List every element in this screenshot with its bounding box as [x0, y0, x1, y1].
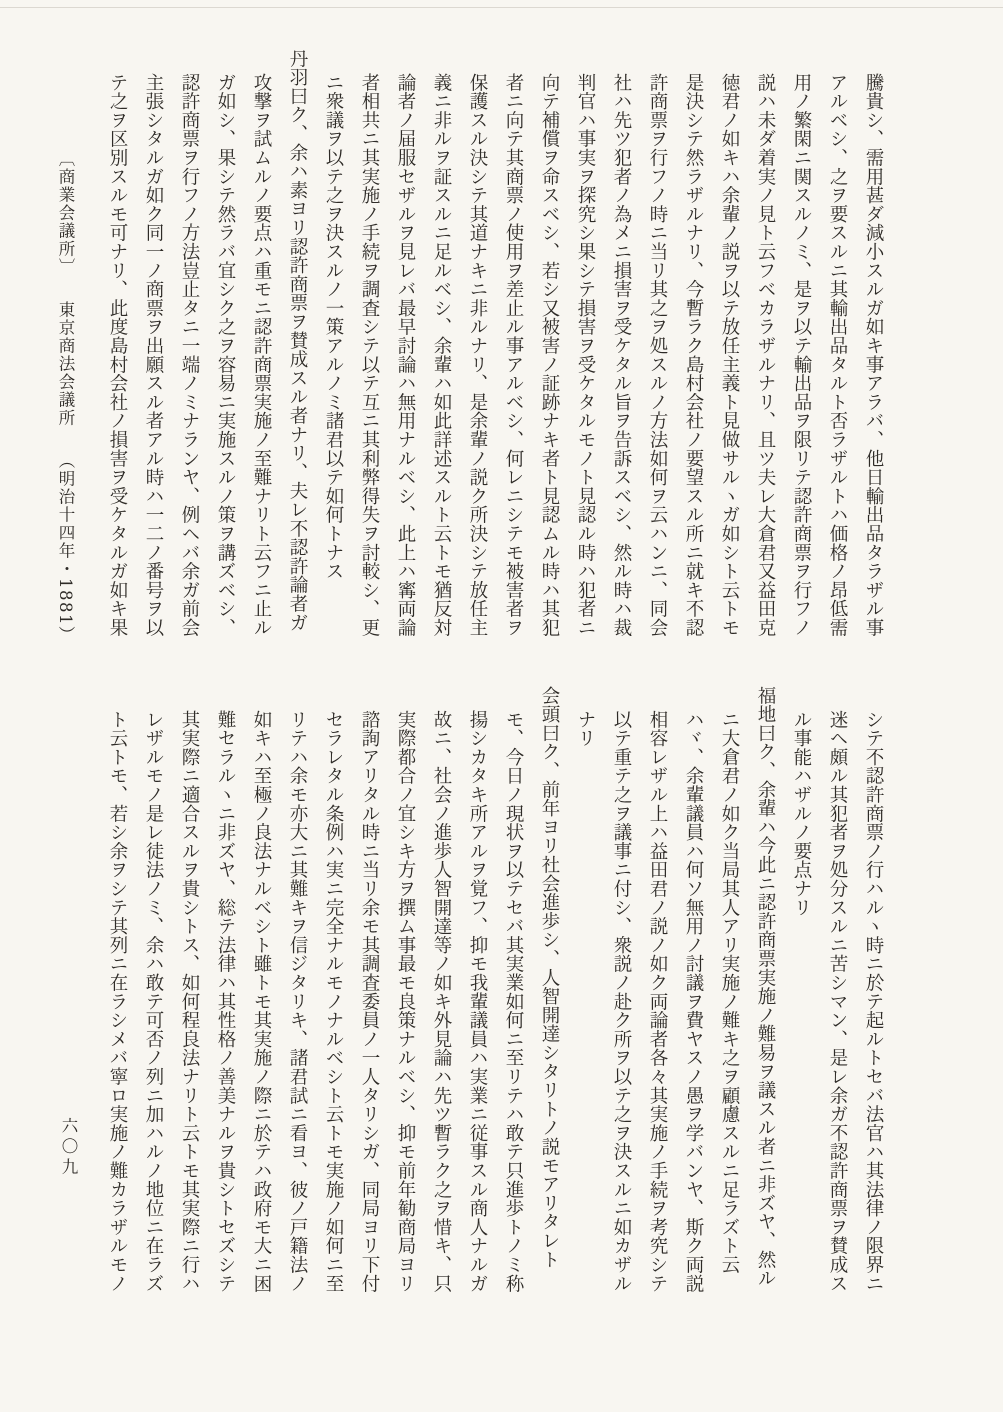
caption-date-label: （明治十四年・1881） — [56, 452, 75, 644]
caption-series-label: 〔商業会議所〕 — [56, 150, 75, 276]
paragraph-niwa-speech: 丹羽曰ク、余ハ素ヨリ認許商票ヲ賛成スル者ナリ、夫レ不認許論者ガ攻撃ヲ試ムルノ要点… — [99, 73, 315, 637]
page-top-edge-line — [0, 7, 1003, 8]
upper-text-block: 騰貴シ、需用甚ダ減小スルガ如キ事アラバ、他日輸出品タラザル事アルベシ、之ヲ要スル… — [87, 49, 891, 637]
paragraph-continuation-lower: シテ不認許商票ノ行ハルヽ時ニ於テ起ルトセバ法官ハ其法律ノ限界ニ迷ヘ頗ル其犯者ヲ処… — [783, 710, 891, 1295]
source-caption: 〔商業会議所〕 東京商法会議所 （明治十四年・1881） — [52, 150, 79, 644]
paragraph-kaito-speech: 会頭曰ク、前年ヨリ社会進歩シ、人智開達シタリトノ説モアリタレトモ、今日ノ現状ヲ以… — [99, 710, 567, 1295]
lower-text-block: シテ不認許商票ノ行ハルヽ時ニ於テ起ルトセバ法官ハ其法律ノ限界ニ迷ヘ頗ル其犯者ヲ処… — [87, 686, 891, 1295]
page-number: 六〇九 — [56, 1117, 80, 1179]
caption-organization-label: 東京商法会議所 — [56, 301, 75, 427]
paragraph-continuation-upper: 騰貴シ、需用甚ダ減小スルガ如キ事アラバ、他日輸出品タラザル事アルベシ、之ヲ要スル… — [315, 73, 891, 637]
paragraph-fukuchi-speech: 福地曰ク、余輩ハ今此ニ認許商票実施ノ難易ヲ議スル者ニ非ズヤ、然ルニ大倉君ノ如ク当… — [567, 710, 783, 1295]
scanned-document-page: 騰貴シ、需用甚ダ減小スルガ如キ事アラバ、他日輸出品タラザル事アルベシ、之ヲ要スル… — [0, 0, 1003, 1412]
